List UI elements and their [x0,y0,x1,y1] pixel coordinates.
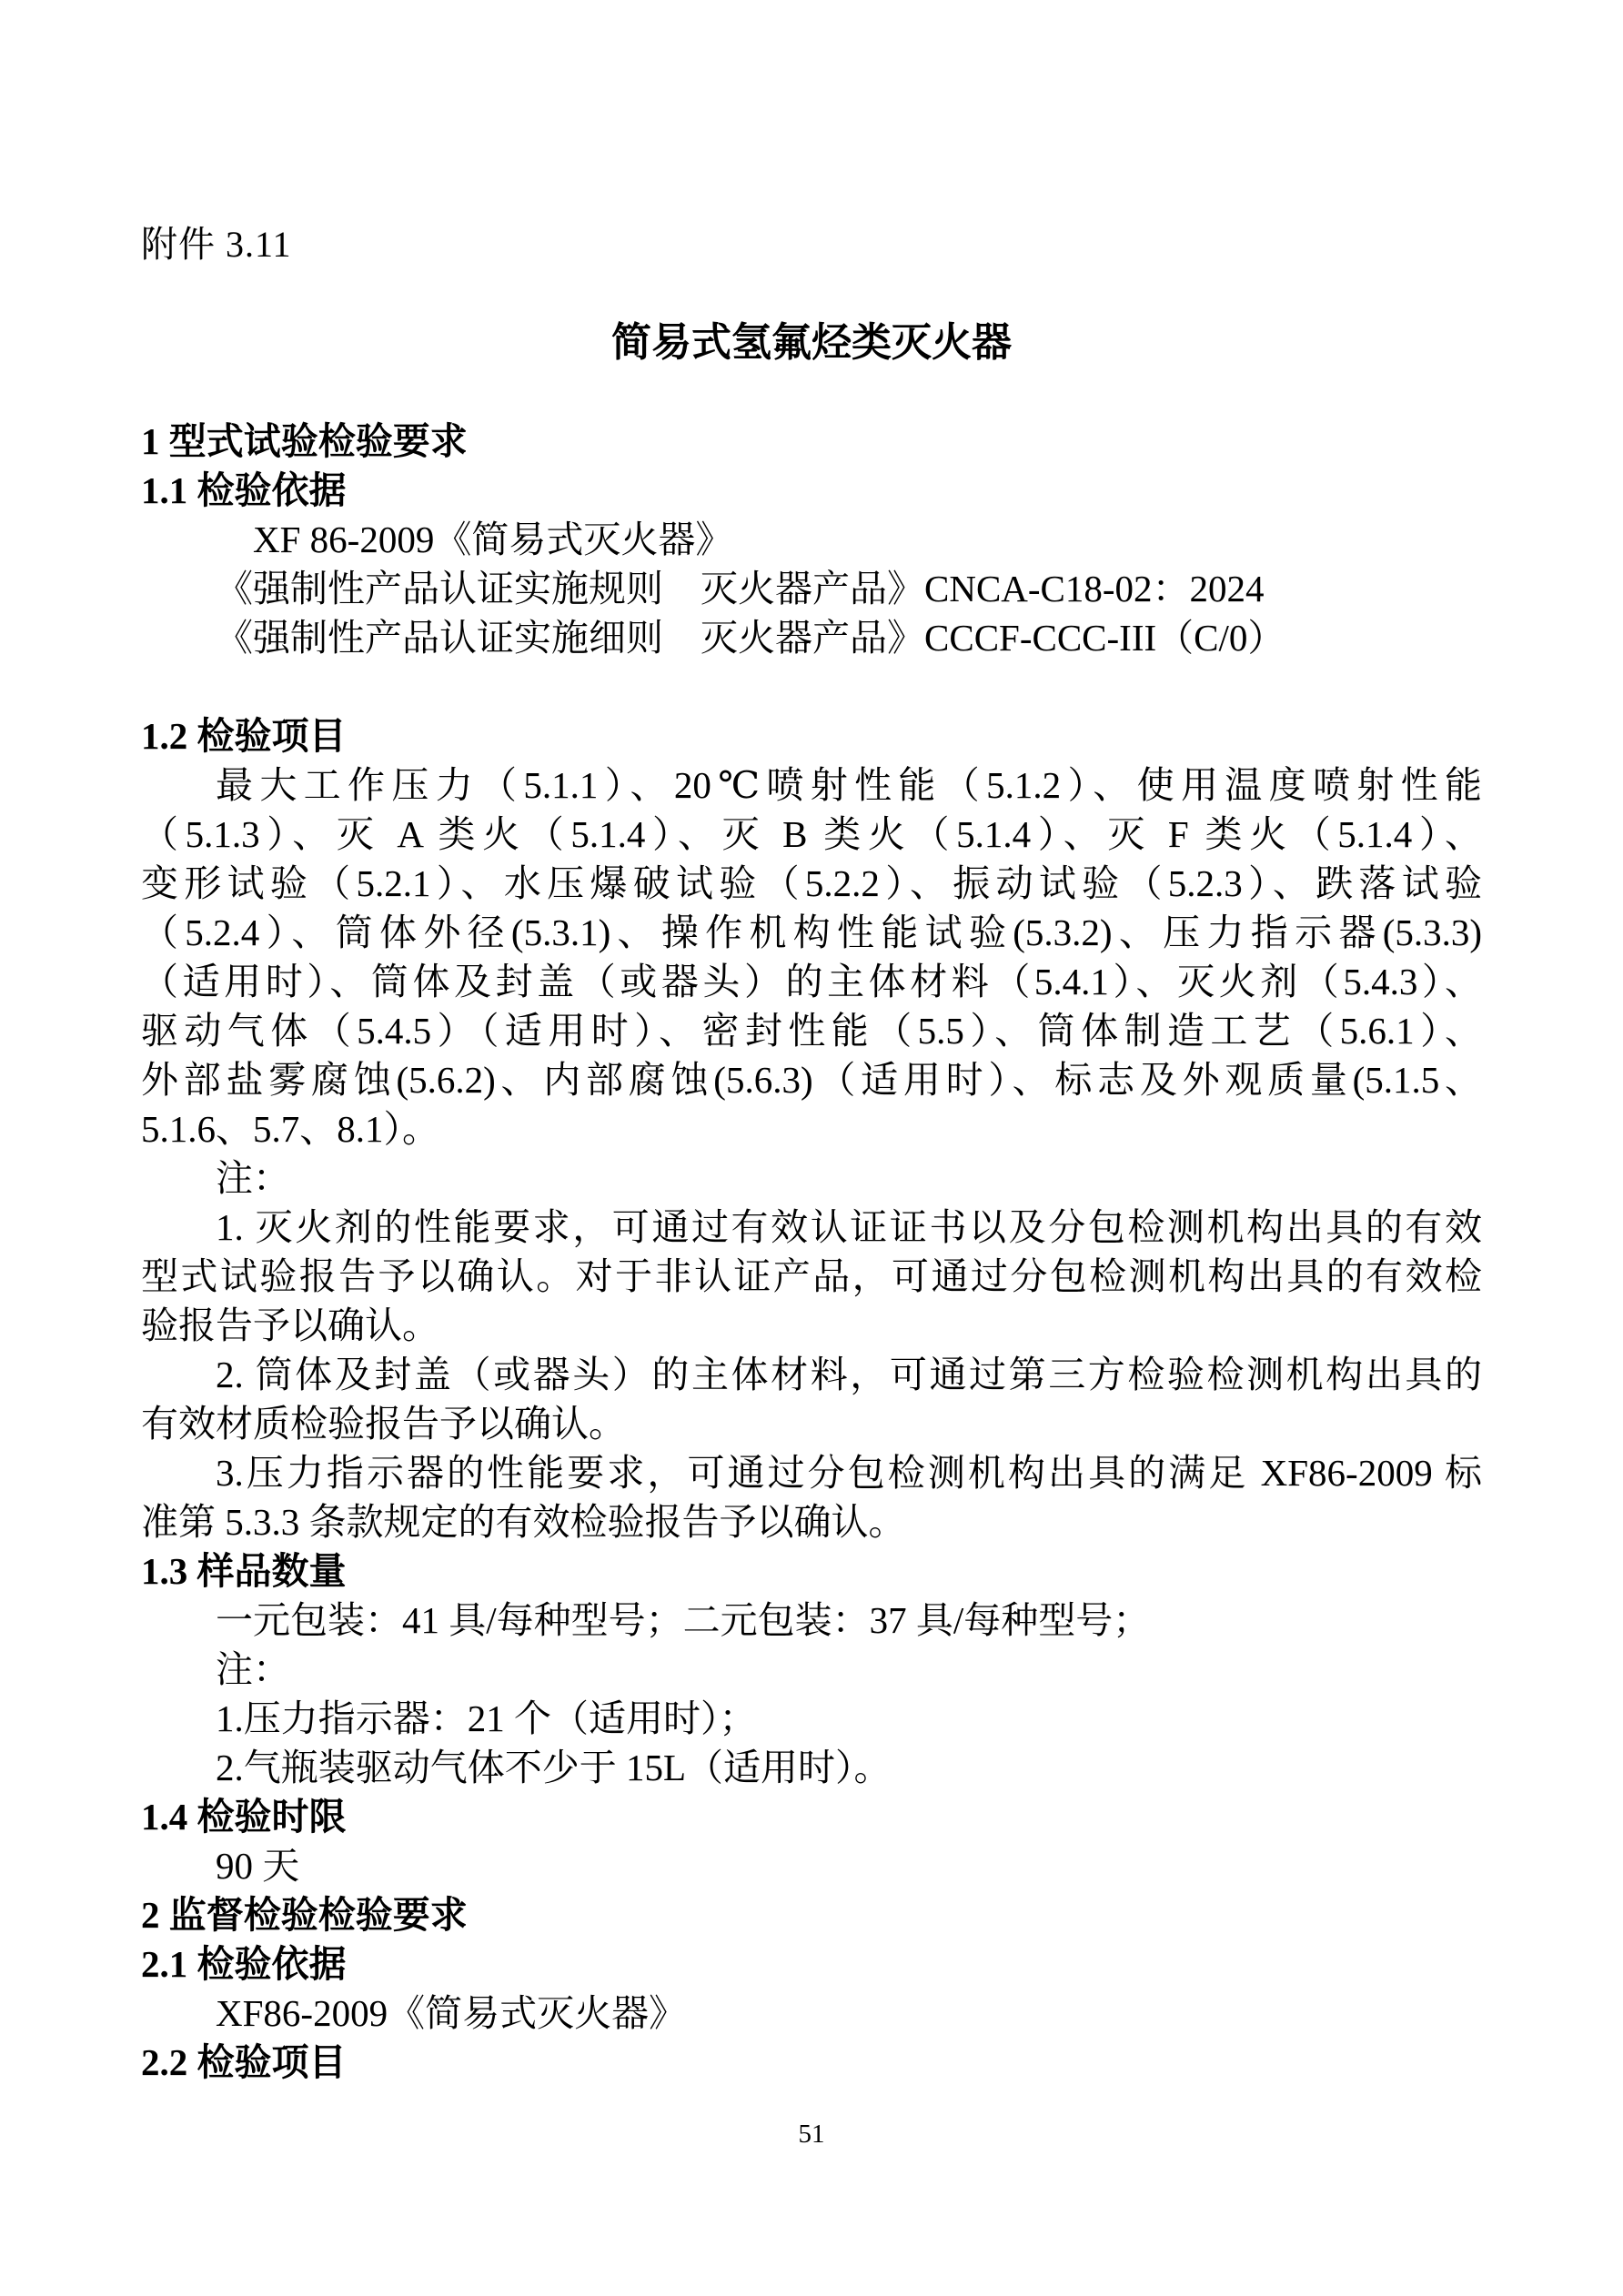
inspection-items-line: （适用时）、筒体及封盖（或器头）的主体材料（5.4.1）、灭火剂（5.4.3）、 [141,957,1482,1006]
note-line: 验报告予以确认。 [141,1301,1482,1350]
sample-quantity-line: 一元包装：41 具/每种型号；二元包装：37 具/每种型号； [141,1596,1482,1645]
inspection-items-line: 5.1.6、5.7、8.1）。 [141,1104,1482,1153]
vertical-spacer [141,368,1482,417]
notes-label: 注： [141,1645,1482,1694]
vertical-spacer [141,662,1482,711]
note-line: 型式试验报告予以确认。对于非认证产品，可通过分包检测机构出具的有效检 [141,1252,1482,1301]
note-line: 3.压力指示器的性能要求，可通过分包检测机构出具的满足 XF86-2009 标 [141,1448,1482,1497]
notes-label: 注： [141,1153,1482,1203]
document-page: 附件 3.11 简易式氢氟烃类灭火器 1 型式试验检验要求 1.1 检验依据 X… [0,0,1623,2296]
note-line: 有效材质检验报告予以确认。 [141,1399,1482,1448]
document-content: 附件 3.11 简易式氢氟烃类灭火器 1 型式试验检验要求 1.1 检验依据 X… [0,0,1623,2087]
time-limit-line: 90 天 [141,1841,1482,1890]
inspection-items-line: 最大工作压力（5.1.1）、20℃喷射性能（5.1.2）、使用温度喷射性能 [141,760,1482,810]
attachment-label: 附件 3.11 [141,220,1482,269]
page-number: 51 [0,2120,1623,2150]
note-line: 2. 筒体及封盖（或器头）的主体材料，可通过第三方检验检测机构出具的 [141,1350,1482,1399]
inspection-items-line: 驱动气体（5.4.5）（适用时）、密封性能（5.5）、筒体制造工艺（5.6.1）… [141,1006,1482,1055]
section-1-2-heading: 1.2 检验项目 [141,711,1482,760]
note-line: 1. 灭火剂的性能要求，可通过有效认证证书以及分包检测机构出具的有效 [141,1203,1482,1252]
inspection-items-line: （5.2.4）、筒体外径(5.3.1)、操作机构性能试验(5.3.2)、压力指示… [141,908,1482,957]
section-1-3-heading: 1.3 样品数量 [141,1546,1482,1596]
basis-line: XF86-2009《简易式灭火器》 [141,1989,1482,2038]
note-line: 准第 5.3.3 条款规定的有效检验报告予以确认。 [141,1497,1482,1546]
inspection-items-line: 外部盐雾腐蚀(5.6.2)、内部腐蚀(5.6.3)（适用时）、标志及外观质量(5… [141,1055,1482,1104]
document-title: 简易式氢氟烃类灭火器 [141,318,1482,368]
basis-line: XF 86-2009《简易式灭火器》 [141,515,1482,564]
section-2-2-heading: 2.2 检验项目 [141,2038,1482,2087]
note-line: 1.压力指示器：21 个（适用时）； [141,1694,1482,1743]
section-1-1-heading: 1.1 检验依据 [141,466,1482,515]
basis-line: 《强制性产品认证实施细则 灭火器产品》CCCF-CCC-III（C/0） [141,613,1482,662]
section-1-heading: 1 型式试验检验要求 [141,417,1482,466]
section-1-4-heading: 1.4 检验时限 [141,1792,1482,1841]
basis-line: 《强制性产品认证实施规则 灭火器产品》CNCA-C18-02：2024 [141,564,1482,613]
section-2-heading: 2 监督检验检验要求 [141,1890,1482,1939]
note-line: 2.气瓶装驱动气体不少于 15L（适用时）。 [141,1743,1482,1792]
inspection-items-line: 变形试验（5.2.1）、水压爆破试验（5.2.2）、振动试验（5.2.3）、跌落… [141,859,1482,908]
inspection-items-line: （5.1.3）、灭 A 类火（5.1.4）、灭 B 类火（5.1.4）、灭 F … [141,810,1482,859]
vertical-spacer [141,269,1482,318]
section-2-1-heading: 2.1 检验依据 [141,1939,1482,1989]
